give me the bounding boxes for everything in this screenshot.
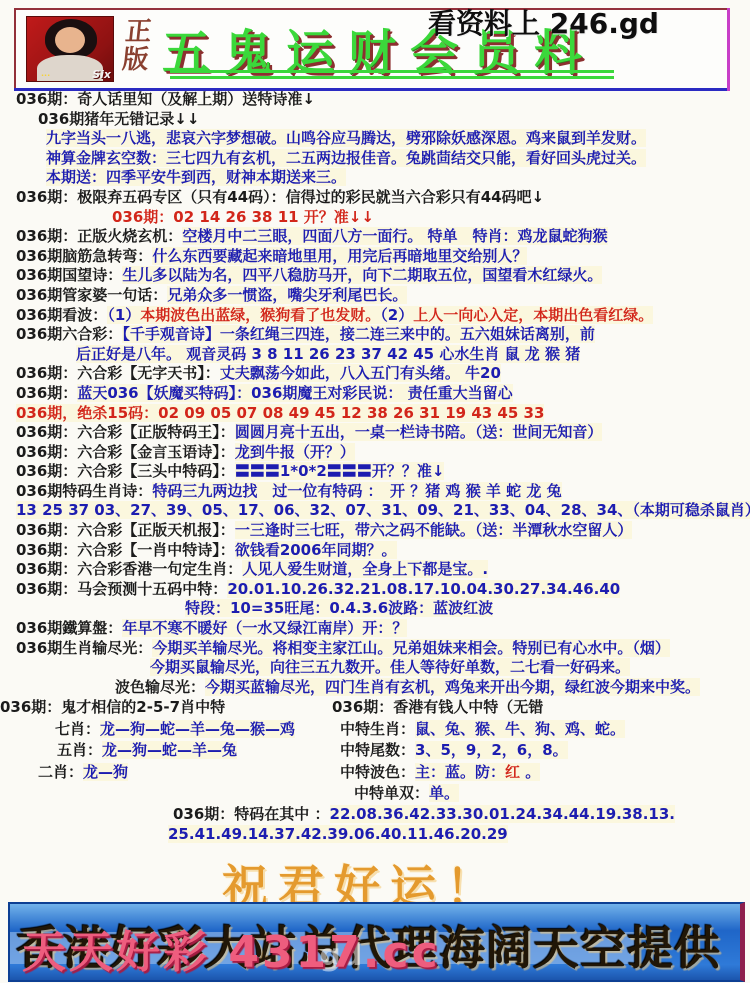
text-segment: 036期六合彩： <box>16 325 122 343</box>
text-segment: 今期买鼠输尽光，向往三五九数开。佳人等待好单数，二七看一好码来。 <box>150 658 630 676</box>
text-segment: 今期买羊输尽光。将相变主家江山。兄弟姐妹来相会。特别已有心水中。（烟） <box>152 639 670 657</box>
text-line: 036期：极限弃五码专区（只有44码）：信得过的彩民就当六合彩只有44码吧↓ <box>0 188 750 208</box>
text-line: 036期脑筋急转弯：什么东西要藏起来暗地里用，用完后再暗地里交给别人？ <box>0 247 750 267</box>
text-segment: 年早不寒不暖好（一水又绿江南岸）开：？ <box>122 619 407 637</box>
text-line: 036期：蓝天036【妖魔买特码】：036期魔王对彩民说： 责任重大当留心 <box>0 384 750 404</box>
text-segment: 本期波色出蓝绿，猴狗看了也发财。 <box>140 306 380 324</box>
text-line: 036期：香港有钱人中特（无错 <box>332 697 742 719</box>
text-segment: 3、5，9，2，6，8。 <box>415 741 568 759</box>
text-segment: 22.08.36.42.33.30.01.24.34.44.19.38.13. <box>330 805 675 823</box>
text-segment: （1） <box>107 306 140 324</box>
text-line: 七肖：龙—狗—蛇—羊—兔—猴—鸡 <box>0 719 340 741</box>
text-segment: 丈夫飘荡今如此，八入五门有头绪。 牛20 <box>220 364 501 382</box>
text-segment: 九字当头一八逃，悲哀六字梦想破。山鸣谷应马腾达，劈邪除妖感深恩。鸡来鼠到羊发财。 <box>46 129 646 147</box>
text-segment: 主：蓝。防： <box>415 763 505 781</box>
text-segment: 五肖： <box>57 741 102 759</box>
text-segment: 中特单双： <box>354 784 429 802</box>
text-segment: 圆圆月亮十五出，一桌一栏诗书陪。（送：世间无知音） <box>235 423 603 441</box>
text-segment: 036期：02 14 26 38 11 开？准↓↓ <box>112 208 374 226</box>
text-segment: 036期：马会预测十五码中特： <box>16 580 227 598</box>
portrait-face <box>55 27 85 53</box>
text-segment: 036期：六合彩【一肖中特诗】： <box>16 541 235 559</box>
body-text-area: 036期：奇人话里知（及解上期）送特诗准↓036期猪年无错记录↓↓九字当头一八逃… <box>0 90 750 917</box>
text-segment: 本期送：四季平安牛到西，财神本期送来三。 <box>46 168 346 186</box>
text-line: 036期：02 14 26 38 11 开？准↓↓ <box>0 208 750 228</box>
text-segment: 中特生肖： <box>340 720 415 738</box>
text-segment: 036期：六合彩【三头中特码】： <box>16 462 235 480</box>
portrait-photo: ··· Six <box>26 16 114 82</box>
text-line: 036期：正版火烧玄机：空楼月中二三眼，四面八方一面行。 特单 特肖：鸡龙鼠蛇狗… <box>0 227 750 247</box>
text-segment: 特码三九两边找 过一位有特码 ： 开 ？猪 鸡 猴 羊 蛇 龙 兔 <box>152 482 561 500</box>
header-magenta-rule <box>727 8 730 91</box>
text-segment: 036期生肖输尽光： <box>16 639 152 657</box>
text-segment: 神算金牌玄空数：三七四九有玄机，二五两边报佳音。兔跳茴结交只能，看好回头虎过关。 <box>46 149 646 167</box>
text-line: 本期送：四季平安牛到西，财神本期送来三。 <box>0 168 750 188</box>
text-segment: 后正好是八年。 观音灵码 3 8 11 26 23 37 42 45 心水生肖 … <box>76 345 580 363</box>
text-segment: 红 <box>505 763 520 781</box>
text-segment: 生儿多以陆为名，四平八稳肪马开，向下二期取五位，国望看木红绿火。 <box>122 266 602 284</box>
text-segment: 036期国望诗： <box>16 266 122 284</box>
text-line: 036期：奇人话里知（及解上期）送特诗准↓ <box>0 90 750 110</box>
title-underline <box>170 70 614 73</box>
text-line: 036期国望诗：生儿多以陆为名，四平八稳肪马开，向下二期取五位，国望看木红绿火。 <box>0 266 750 286</box>
text-segment: 中特波色： <box>340 763 415 781</box>
two-column-block: 036期：鬼才相信的2-5-7肖中特七肖：龙—狗—蛇—羊—兔—猴—鸡五肖：龙—狗… <box>0 697 750 805</box>
text-line: 中特单双：单。 <box>332 783 742 805</box>
stamp-char-top: 正 <box>120 18 157 46</box>
text-line: 036期管家婆一句话：兄弟众多一惯盗，嘴尖牙利尾巴长。 <box>0 286 750 306</box>
text-segment: 036期：六合彩【无字天书】： <box>16 364 220 382</box>
tail-lines: 036期：特码在其中 ：22.08.36.42.33.30.01.24.34.4… <box>0 805 750 844</box>
text-line: 中特波色：主：蓝。防：红 。 <box>332 762 742 784</box>
column-right-rich-man-picks: 036期：香港有钱人中特（无错中特生肖：鼠、兔、猴、牛、狗、鸡、蛇。中特尾数：3… <box>332 697 742 805</box>
text-segment: 龙—狗—蛇—羊—兔 <box>102 741 237 759</box>
text-line: 036期，绝杀15码：02 09 05 07 08 49 45 12 38 26… <box>0 404 750 424</box>
provider-banner: 香港好彩大站总代理海阔天空提供 .gd 天天好彩 4317.cc <box>8 902 745 982</box>
text-segment: 036期：鬼才相信的2-5-7肖中特 <box>0 698 225 716</box>
text-line: 036期生肖输尽光：今期买羊输尽光。将相变主家江山。兄弟姐妹来相会。特别已有心水… <box>0 639 750 659</box>
text-line: 波色输尽光：今期买蓝输尽光，四门生肖有玄机，鸡兔来开出今期，绿红波今期来中奖。 <box>0 678 750 698</box>
text-segment: 蓝天036【妖魔买特码】：036期魔王对彩民说： 责任重大当留心 <box>77 384 512 402</box>
tiantianhaocai-overlay: 天天好彩 4317.cc <box>22 916 441 980</box>
text-segment: 。 <box>520 763 540 781</box>
text-line: 后正好是八年。 观音灵码 3 8 11 26 23 37 42 45 心水生肖 … <box>0 345 750 365</box>
text-line: 036期：六合彩【一肖中特诗】：欲钱看2006年同期？。 <box>0 541 750 561</box>
text-line: 036期看波：（1）本期波色出蓝绿，猴狗看了也发财。（2）上人一向心入定，本期出… <box>0 306 750 326</box>
text-segment: 25.41.49.14.37.42.39.06.40.11.46.20.29 <box>168 825 508 843</box>
text-segment: 一三逢时三七旺，带六之码不能缺。（送：半潭秋水空留人） <box>235 521 633 539</box>
zhengban-stamp: 正 版 <box>117 18 157 74</box>
text-segment: 什么东西要藏起来暗地里用，用完后再暗地里交给别人？ <box>152 247 527 265</box>
text-segment: 龙到牛报（开？） <box>235 443 355 461</box>
text-line: 25.41.49.14.37.42.39.06.40.11.46.20.29 <box>0 825 750 845</box>
text-segment: 鼠、兔、猴、牛、狗、鸡、蛇。 <box>415 720 625 738</box>
text-line: 五肖：龙—狗—蛇—羊—兔 <box>0 740 340 762</box>
text-segment: 036期管家婆一句话： <box>16 286 167 304</box>
text-segment: 036期：正版火烧玄机： <box>16 227 182 245</box>
text-segment: 今期买蓝输尽光，四门生肖有玄机，鸡兔来开出今期，绿红波今期来中奖。 <box>205 678 700 696</box>
text-segment: 单。 <box>429 784 459 802</box>
title-underline <box>170 76 614 79</box>
text-segment: 七肖： <box>55 720 100 738</box>
text-segment: 036期猪年无错记录↓↓ <box>38 110 199 128</box>
text-segment: 036期：极限弃五码专区（只有44码）：信得过的彩民就当六合彩只有44码吧↓ <box>16 188 544 206</box>
text-line: 036期：六合彩【正版天机报】：一三逢时三七旺，带六之码不能缺。（送：半潭秋水空… <box>0 521 750 541</box>
text-segment: 欲钱看2006年同期？。 <box>235 541 397 559</box>
text-segment: 036期：六合彩香港一句定生肖： <box>16 560 242 578</box>
text-line: 二肖：龙—狗 <box>0 762 340 784</box>
lottery-info-sheet: ··· Six 正 版 五鬼运财会员料 看资料上 246.gd 036期：奇人话… <box>0 0 750 983</box>
text-segment: 036期看波： <box>16 306 107 324</box>
text-segment: 特段：10=35旺尾：0.4.3.6波路：蓝波红波 <box>185 599 493 617</box>
text-segment: 036期鐵算盤： <box>16 619 122 637</box>
text-line: 036期：六合彩【正版特码王】：圆圆月亮十五出，一桌一栏诗书陪。（送：世间无知音… <box>0 423 750 443</box>
column-left-zodiac-picks: 036期：鬼才相信的2-5-7肖中特七肖：龙—狗—蛇—羊—兔—猴—鸡五肖：龙—狗… <box>0 697 340 783</box>
text-line: 036期：六合彩【金言玉语诗】：龙到牛报（开？） <box>0 443 750 463</box>
text-segment: 036期，绝杀15码：02 09 05 07 08 49 45 12 38 26… <box>16 404 544 422</box>
text-line: 036期：鬼才相信的2-5-7肖中特 <box>0 697 340 719</box>
text-line: 036期猪年无错记录↓↓ <box>0 110 750 130</box>
text-line: 中特生肖：鼠、兔、猴、牛、狗、鸡、蛇。 <box>332 719 742 741</box>
header-blue-rule <box>14 88 730 91</box>
text-segment: （2） <box>380 306 413 324</box>
text-line: 13 25 37 03、27、39、05、17、06、32、07、31、09、2… <box>0 501 750 521</box>
text-segment: 036期特码生肖诗： <box>16 482 152 500</box>
site-url-watermark: 看资料上 246.gd <box>428 2 659 42</box>
text-segment: 20.01.10.26.32.21.08.17.10.04.30.27.34.4… <box>227 580 620 598</box>
text-segment: 036期： <box>16 384 77 402</box>
text-line: 036期：马会预测十五码中特：20.01.10.26.32.21.08.17.1… <box>0 580 750 600</box>
text-segment: 龙—狗 <box>83 763 128 781</box>
text-line: 特段：10=35旺尾：0.4.3.6波路：蓝波红波 <box>0 599 750 619</box>
text-segment: 【千手观音诗】一条红绳三四连，接二连三来中的。五六姐妹话离别，前 <box>122 325 595 343</box>
text-line: 036期特码生肖诗：特码三九两边找 过一位有特码 ： 开 ？猪 鸡 猴 羊 蛇 … <box>0 482 750 502</box>
text-line: 今期买鼠输尽光，向往三五九数开。佳人等待好单数，二七看一好码来。 <box>0 658 750 678</box>
text-segment: 兄弟众多一惯盗，嘴尖牙利尾巴长。 <box>167 286 407 304</box>
text-segment: 上人一向心入定，本期出色看红绿。 <box>413 306 653 324</box>
stamp-char-bottom: 版 <box>117 46 154 74</box>
text-segment: 13 25 37 03、27、39、05、17、06、32、07、31、09、2… <box>16 501 750 519</box>
text-line: 中特尾数：3、5，9，2，6，8。 <box>332 740 742 762</box>
text-segment: 人见人爱生财道，全身上下都是宝。. <box>242 560 488 578</box>
text-line: 036期：六合彩【无字天书】：丈夫飘荡今如此，八入五门有头绪。 牛20 <box>0 364 750 384</box>
text-segment: 036期：六合彩【金言玉语诗】： <box>16 443 235 461</box>
text-segment: 波色输尽光： <box>115 678 205 696</box>
text-segment: 036期：六合彩【正版天机报】： <box>16 521 235 539</box>
text-line: 036期六合彩：【千手观音诗】一条红绳三四连，接二连三来中的。五六姐妹话离别，前 <box>0 325 750 345</box>
text-line: 036期：六合彩【三头中特码】：〓〓〓1*0*2〓〓〓开？？准↓ <box>0 462 750 482</box>
text-segment: 036期：特码在其中 ： <box>173 805 330 823</box>
main-lines: 036期：奇人话里知（及解上期）送特诗准↓036期猪年无错记录↓↓九字当头一八逃… <box>0 90 750 697</box>
text-segment: 036期：奇人话里知（及解上期）送特诗准↓ <box>16 90 315 108</box>
text-line: 036期鐵算盤：年早不寒不暖好（一水又绿江南岸）开：？ <box>0 619 750 639</box>
text-segment: 〓〓〓1*0*2〓〓〓开？？准↓ <box>235 462 445 480</box>
text-segment: 036期：香港有钱人中特（无错 <box>332 698 543 716</box>
text-segment: 036期脑筋急转弯： <box>16 247 152 265</box>
text-line: 九字当头一八逃，悲哀六字梦想破。山鸣谷应马腾达，劈邪除妖感深恩。鸡来鼠到羊发财。 <box>0 129 750 149</box>
text-segment: 036期：六合彩【正版特码王】： <box>16 423 235 441</box>
text-segment: 空楼月中二三眼，四面八方一面行。 特单 特肖：鸡龙鼠蛇狗猴 <box>182 227 607 245</box>
text-segment: 中特尾数： <box>340 741 415 759</box>
text-segment: 二肖： <box>38 763 83 781</box>
photo-yellow-text: ··· <box>41 71 50 80</box>
photo-caption: Six <box>92 68 111 81</box>
text-line: 036期：六合彩香港一句定生肖：人见人爱生财道，全身上下都是宝。. <box>0 560 750 580</box>
text-line: 036期：特码在其中 ：22.08.36.42.33.30.01.24.34.4… <box>0 805 750 825</box>
text-line: 神算金牌玄空数：三七四九有玄机，二五两边报佳音。兔跳茴结交只能，看好回头虎过关。 <box>0 149 750 169</box>
text-segment: 龙—狗—蛇—羊—兔—猴—鸡 <box>100 720 295 738</box>
